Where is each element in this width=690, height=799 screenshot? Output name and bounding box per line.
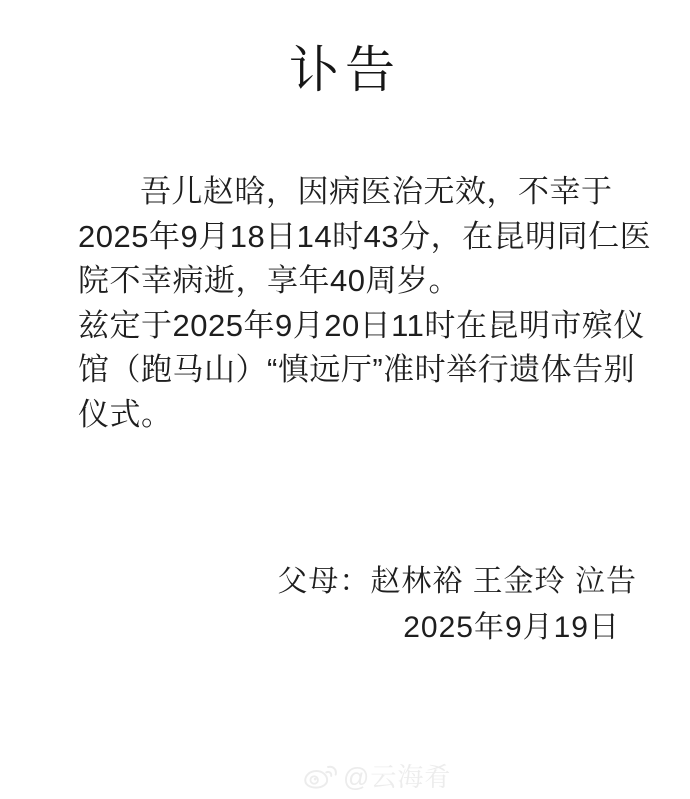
watermark-text: @云海肴	[343, 757, 451, 794]
signature-date: 2025年9月19日	[403, 602, 620, 646]
obituary-page: 讣告 吾儿赵晗，因病医治无效，不幸于2025年9月18日14时43分，在昆明同仁…	[0, 0, 690, 799]
weibo-icon	[303, 761, 337, 790]
body-line: 兹定于2025年9月20日11时在昆明市殡仪	[78, 304, 618, 349]
body-line: 2025年9月18日14时43分，在昆明同仁医	[78, 215, 618, 260]
obituary-body: 吾儿赵晗，因病医治无效，不幸于2025年9月18日14时43分，在昆明同仁医院不…	[78, 170, 618, 437]
body-line: 院不幸病逝，享年40周岁。	[78, 259, 618, 304]
body-line: 仪式。	[78, 393, 618, 438]
signature-line: 父母：赵林裕 王金玲 泣告	[277, 556, 637, 600]
page-title: 讣告	[0, 30, 690, 102]
body-line: 馆（跑马山）“慎远厅”准时举行遗体告别	[78, 348, 618, 393]
body-line: 吾儿赵晗，因病医治无效，不幸于	[78, 170, 618, 215]
watermark: @云海肴	[303, 757, 451, 794]
